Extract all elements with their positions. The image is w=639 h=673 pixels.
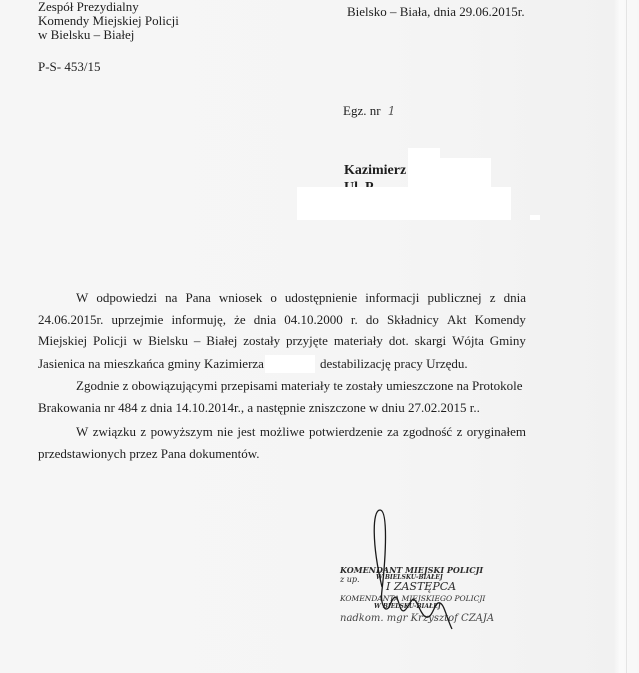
body-line: Jasienica na mieszkańca gminy Kazimierza [38,356,264,372]
recipient-name: Kazimierz [344,164,406,178]
redaction-box [408,158,491,188]
copy-number-handwritten: 1 [388,104,396,118]
body-line: 24.06.2015r. uprzejmie informuję, że dni… [38,312,526,328]
body-line: Zgodnie z obowiązującymi przepisami mate… [76,378,523,394]
body-line: przedstawionych przez Pana dokumentów. [38,446,260,462]
body-line: destabilizację pracy Urzędu. [320,356,468,372]
copy-number: Egz. nr 1 [343,104,395,118]
sender-line: Komendy Miejskiej Policji [38,14,179,28]
redaction-box [297,187,511,220]
body-line: W odpowiedzi na Pana wniosek o udostępni… [76,290,526,306]
sender-block: Zespół Prezydialny Komendy Miejskiej Pol… [38,0,179,42]
reference-number: P-S- 453/15 [38,60,100,74]
signature-icon [360,505,470,635]
sender-line: w Bielsku – Białej [38,28,179,42]
body-line: Brakowania nr 484 z dnia 14.10.2014r., a… [38,400,480,416]
copy-label: Egz. nr [343,103,381,118]
redaction-box [530,215,540,220]
scan-edge [626,0,627,673]
document-page: Zespół Prezydialny Komendy Miejskiej Pol… [0,0,639,673]
place-date: Bielsko – Biała, dnia 29.06.2015r. [347,5,525,19]
redaction-box [265,355,315,373]
sender-line: Zespół Prezydialny [38,0,179,14]
stamp-line: z up. [340,575,360,584]
body-line: W związku z powyższym nie jest możliwe p… [76,424,526,440]
body-line: Miejskiej Policji w Bielsku – Białej zos… [38,333,526,349]
